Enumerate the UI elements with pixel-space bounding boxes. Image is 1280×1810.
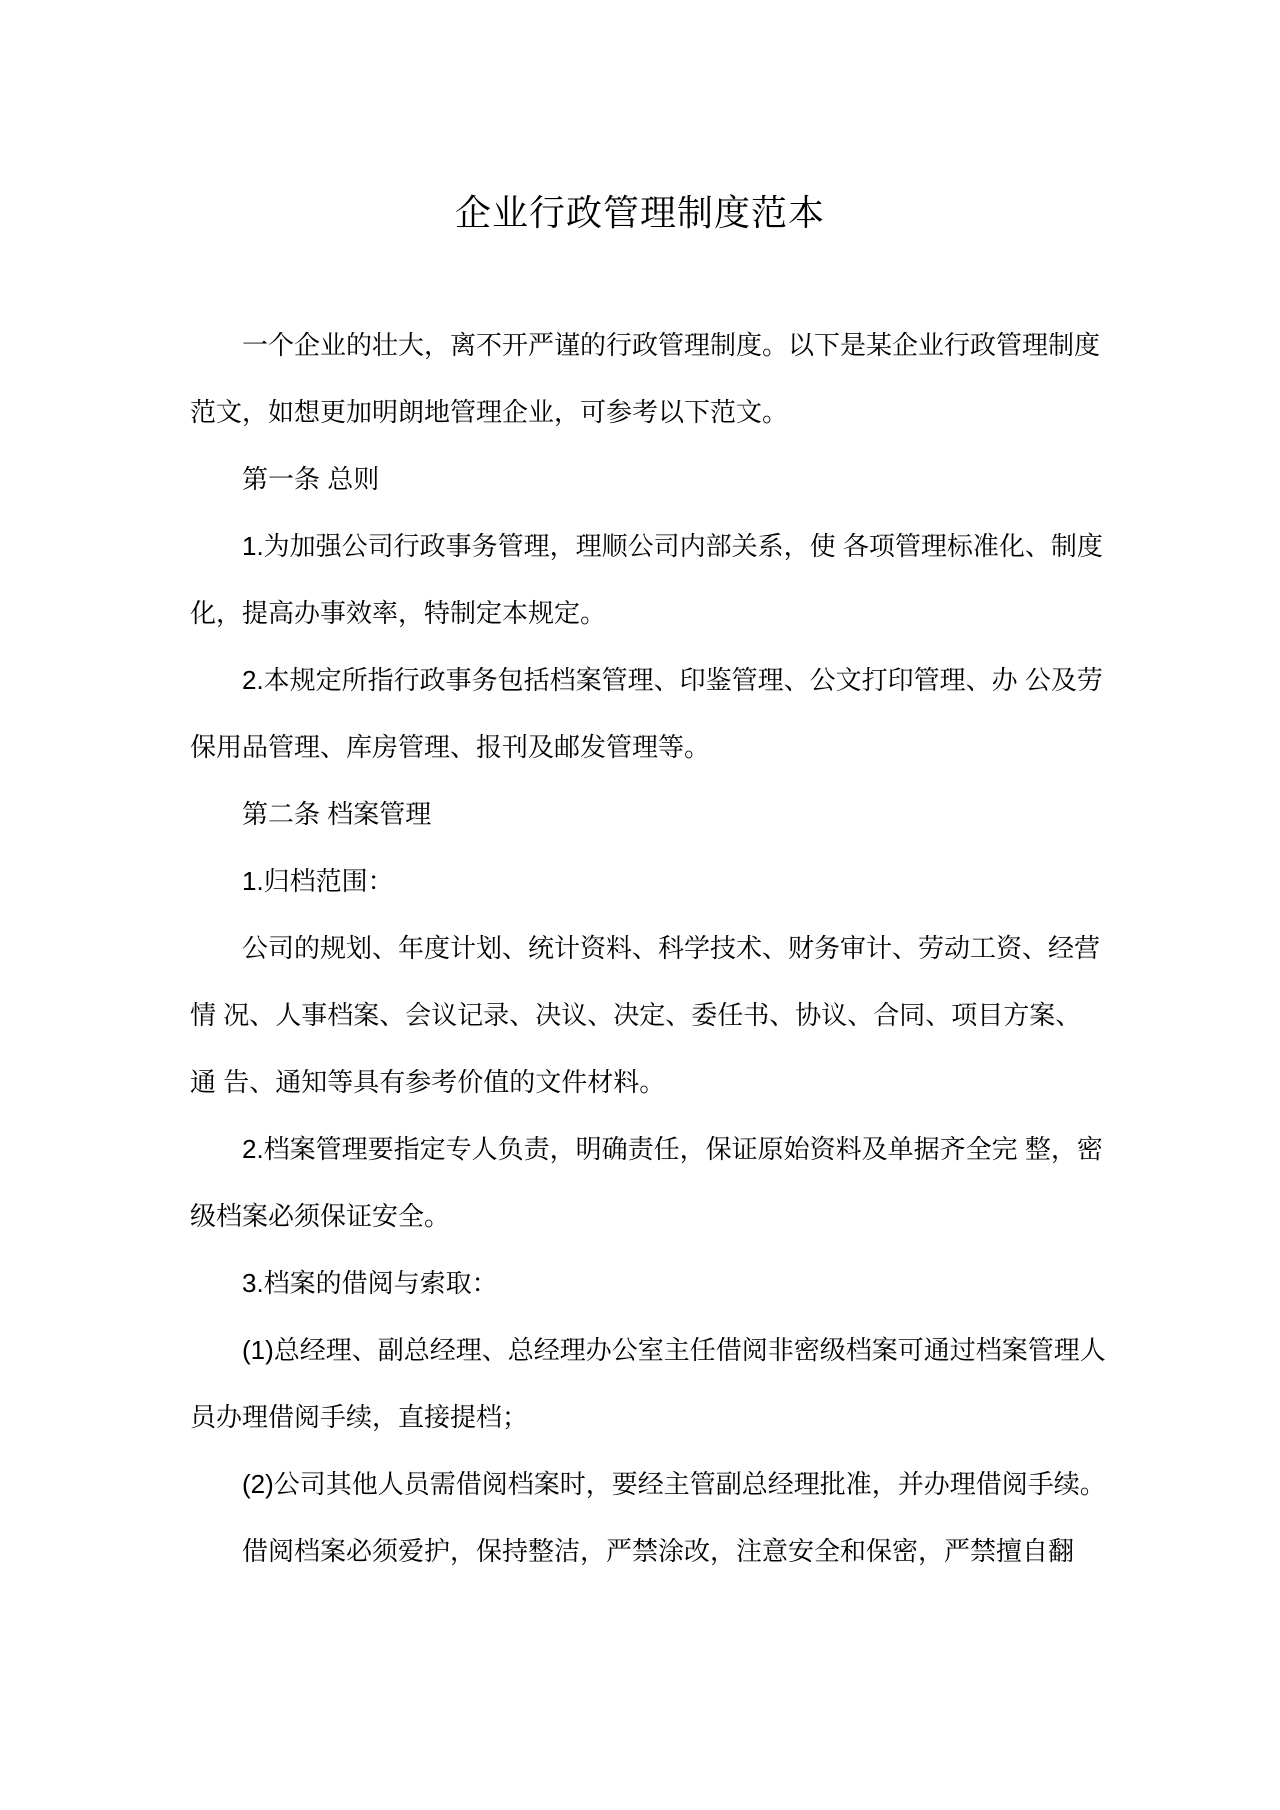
text-line: 情 况、人事档案、会议记录、决议、决定、委任书、协议、合同、项目方案、 xyxy=(190,982,1094,1049)
text-line: 2.本规定所指行政事务包括档案管理、印鉴管理、公文打印管理、办 公及劳 xyxy=(190,647,1094,714)
paragraph: (1)总经理、副总经理、总经理办公室主任借阅非密级档案可通过档案管理人员办理借阅… xyxy=(190,1317,1094,1451)
text-line: 2.档案管理要指定专人负责，明确责任，保证原始资料及单据齐全完 整，密 xyxy=(190,1116,1094,1183)
paragraph: 1.归档范围： xyxy=(190,848,1094,915)
text-line: 第二条 档案管理 xyxy=(190,781,1094,848)
text-line: 员办理借阅手续，直接提档； xyxy=(190,1384,1094,1451)
paragraph: 第二条 档案管理 xyxy=(190,781,1094,848)
text-line: 1.归档范围： xyxy=(190,848,1094,915)
paragraph: 3.档案的借阅与索取： xyxy=(190,1250,1094,1317)
text-line: 借阅档案必须爱护，保持整洁，严禁涂改，注意安全和保密，严禁擅自翻 xyxy=(190,1518,1094,1585)
paragraph: 公司的规划、年度计划、统计资料、科学技术、财务审计、劳动工资、经营情 况、人事档… xyxy=(190,915,1094,1116)
document-body: 一个企业的壮大，离不开严谨的行政管理制度。以下是某企业行政管理制度范文，如想更加… xyxy=(190,312,1094,1585)
text-line: (1)总经理、副总经理、总经理办公室主任借阅非密级档案可通过档案管理人 xyxy=(190,1317,1094,1384)
paragraph: 一个企业的壮大，离不开严谨的行政管理制度。以下是某企业行政管理制度范文，如想更加… xyxy=(190,312,1094,446)
paragraph: 2.本规定所指行政事务包括档案管理、印鉴管理、公文打印管理、办 公及劳保用品管理… xyxy=(190,647,1094,781)
paragraph: 2.档案管理要指定专人负责，明确责任，保证原始资料及单据齐全完 整，密级档案必须… xyxy=(190,1116,1094,1250)
text-line: 公司的规划、年度计划、统计资料、科学技术、财务审计、劳动工资、经营 xyxy=(190,915,1094,982)
text-line: (2)公司其他人员需借阅档案时，要经主管副总经理批准，并办理借阅手续。 xyxy=(190,1451,1094,1518)
text-line: 通 告、通知等具有参考价值的文件材料。 xyxy=(190,1049,1094,1116)
text-line: 保用品管理、库房管理、报刊及邮发管理等。 xyxy=(190,714,1094,781)
paragraph: 第一条 总则 xyxy=(190,446,1094,513)
paragraph: 1.为加强公司行政事务管理，理顺公司内部关系，使 各项管理标准化、制度化，提高办… xyxy=(190,513,1094,647)
text-line: 化，提高办事效率，特制定本规定。 xyxy=(190,580,1094,647)
document-title: 企业行政管理制度范本 xyxy=(0,0,1280,234)
paragraph: 借阅档案必须爱护，保持整洁，严禁涂改，注意安全和保密，严禁擅自翻 xyxy=(190,1518,1094,1585)
paragraph: (2)公司其他人员需借阅档案时，要经主管副总经理批准，并办理借阅手续。 xyxy=(190,1451,1094,1518)
document-page: 企业行政管理制度范本 一个企业的壮大，离不开严谨的行政管理制度。以下是某企业行政… xyxy=(0,0,1280,1810)
text-line: 1.为加强公司行政事务管理，理顺公司内部关系，使 各项管理标准化、制度 xyxy=(190,513,1094,580)
text-line: 范文，如想更加明朗地管理企业，可参考以下范文。 xyxy=(190,379,1094,446)
text-line: 第一条 总则 xyxy=(190,446,1094,513)
text-line: 一个企业的壮大，离不开严谨的行政管理制度。以下是某企业行政管理制度 xyxy=(190,312,1094,379)
text-line: 3.档案的借阅与索取： xyxy=(190,1250,1094,1317)
text-line: 级档案必须保证安全。 xyxy=(190,1183,1094,1250)
